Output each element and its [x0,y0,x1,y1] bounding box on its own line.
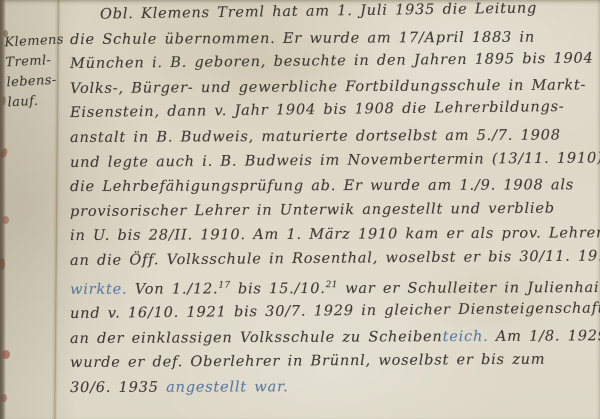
ink-bleed-mark [0,258,5,270]
text-segment: 21 [326,280,338,290]
text-segment: Obl. Klemens Treml hat am 1. Juli 1935 d… [100,0,537,22]
text-segment: wirkte. [70,281,127,297]
text-segment: in U. bis 28/II. 1910. Am 1. März 1910 k… [70,226,600,245]
document-page: KlemensTreml-lebens-lauf. Obl. Klemens T… [0,0,600,419]
text-segment: wurde er def. Oberlehrer in Brünnl, wose… [70,352,545,371]
text-segment: Von 1./12. [127,281,218,297]
text-line: München i. B. geboren, besuchte in den J… [70,47,596,77]
text-segment: 30/6. 1935 [70,379,166,395]
margin-note-line: Klemens [4,31,57,54]
text-segment: die Lehrbefähigungsprüfung ab. Er wurde … [70,177,574,195]
text-line: provisorischer Lehrer in Unterwik angest… [70,196,596,224]
text-line: wurde er def. Oberlehrer in Brünnl, wose… [70,347,596,375]
text-segment: anstalt in B. Budweis, maturierte dortse… [70,127,561,146]
text-segment: bis 15./10. [230,280,325,296]
text-line: Obl. Klemens Treml hat am 1. Juli 1935 d… [70,0,596,28]
text-line: an die Öff. Volksschule in Rosenthal, wo… [70,244,596,273]
text-line: 30/6. 1935 angestellt war. [70,374,596,400]
ink-bleed-mark [2,350,10,359]
handwritten-body-text: Obl. Klemens Treml hat am 1. Juli 1935 d… [70,3,596,400]
ink-bleed-mark [2,96,6,105]
text-segment: angestellt war. [166,379,288,395]
text-line: und legte auch i. B. Budweis im November… [70,146,596,175]
text-segment: und v. 16/10. 1921 bis 30/7. 1929 in gle… [70,300,600,322]
ink-bleed-mark [1,394,7,402]
text-segment: war er Schulleiter in Julienhain [338,279,600,296]
ink-bleed-mark [0,147,9,158]
text-segment: teich. [443,328,489,344]
text-segment: 17 [218,280,230,290]
text-line: und v. 16/10. 1921 bis 30/7. 1929 in gle… [70,296,596,326]
text-segment: und legte auch i. B. Budweis im November… [70,150,600,171]
text-segment: provisorischer Lehrer in Unterwik angest… [70,200,555,219]
text-segment: die Schule übernommen. Er wurde am 17/Ap… [70,29,535,47]
text-line: die Lehrbefähigungsprüfung ab. Er wurde … [70,173,596,199]
text-segment: Eisenstein, dann v. Jahr 1904 bis 1908 d… [70,99,565,121]
text-segment: Volks-, Bürger- und gewerbliche Fortbild… [70,77,586,97]
text-segment: Am 1/8. 1929 [488,328,600,345]
text-line: Eisenstein, dann v. Jahr 1904 bis 1908 d… [70,95,596,126]
ink-bleed-mark [2,216,9,224]
text-segment: an der einklassigen Volksschule zu Schei… [70,329,443,347]
margin-note-line: lauf. [7,91,60,114]
text-segment: München i. B. geboren, besuchte in den J… [70,50,600,72]
margin-note-line: Treml- [5,51,58,74]
margin-note-line: lebens- [6,71,59,94]
text-segment: an die Öff. Volksschule in Rosenthal, wo… [70,248,600,269]
margin-note: KlemensTreml-lebens-lauf. [4,31,60,114]
